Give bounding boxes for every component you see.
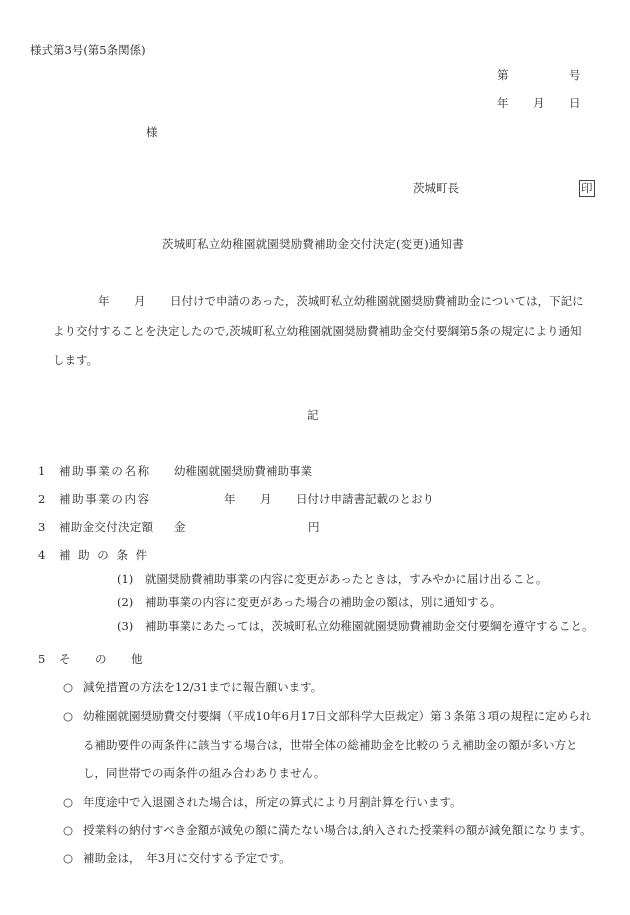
form-number: 様式第3号(第5条関係) <box>30 45 146 57</box>
body-year: 年 <box>98 296 110 308</box>
item-number: 3 <box>38 522 45 534</box>
circle-bullet-icon: ○ <box>63 825 73 837</box>
note-text: 補助金は， 年3月に交付する予定です。 <box>83 853 291 865</box>
item-number: 5 <box>38 654 45 666</box>
date-year: 年 <box>497 98 509 110</box>
seal-stamp: 印 <box>579 180 595 197</box>
item-number: 1 <box>38 466 45 478</box>
circle-bullet-icon: ○ <box>63 711 73 723</box>
item-number: 4 <box>38 550 45 562</box>
note-2-continuation-1: る補助要件の両条件に該当する場合は，世帯全体の総補助金を比較のうえ補助金の額が多… <box>83 740 578 752</box>
condition-text: 就園奨励費補助事業の内容に変更があったときは，すみやかに届け出ること。 <box>145 574 547 586</box>
item-label: 補助金交付決定額 <box>59 522 153 534</box>
item-label: 補助事業の名称 <box>59 466 151 478</box>
condition-number: (3) <box>117 621 133 633</box>
date-month: 月 <box>533 98 545 110</box>
ki-heading: 記 <box>307 410 319 422</box>
doc-number-suffix: 号 <box>569 70 581 82</box>
doc-number-prefix: 第 <box>497 70 509 82</box>
item-unit: 円 <box>308 522 320 534</box>
item-year: 年 <box>224 494 236 506</box>
document-title: 茨城町私立幼稚園就園奨励費補助金交付決定(変更)通知書 <box>162 239 464 251</box>
item-label-part: の <box>95 654 107 666</box>
condition-text: 補助事業にあたっては，茨城町私立幼稚園就園奨励費補助金交付要綱を遵守すること。 <box>145 621 594 633</box>
circle-bullet-icon: ○ <box>63 853 73 865</box>
note-text: 年度途中で入退園された場合は，所定の算式により月割計算を行います。 <box>83 797 462 809</box>
note-text: 減免措置の方法を12/31までに報告願います。 <box>83 682 322 694</box>
condition-text: 補助事業の内容に変更があった場合の補助金の額は，別に通知する。 <box>145 597 501 609</box>
item-label-part: そ <box>59 654 71 666</box>
item-label-part: 他 <box>131 654 143 666</box>
item-value: 日付け申請書記載のとおり <box>296 494 434 506</box>
circle-bullet-icon: ○ <box>63 682 73 694</box>
note-text: 幼稚園就園奨励費交付要綱（平成10年6月17日文部科学大臣裁定）第３条第３項の規… <box>83 711 591 723</box>
body-month: 月 <box>134 296 146 308</box>
addressee: 様 <box>146 127 158 139</box>
item-label: 補 助 の 条 件 <box>59 550 149 562</box>
note-2-continuation-2: し，同世帯での両条件の組み合わありません。 <box>83 768 325 780</box>
body-line-2: より交付することを決定したので,茨城町私立幼稚園就園奨励費補助金交付要綱第5条の… <box>53 326 581 338</box>
item-value: 幼稚園就園奨励費補助事業 <box>174 466 312 478</box>
condition-number: (1) <box>117 574 133 586</box>
condition-number: (2) <box>117 597 133 609</box>
body-text: 日付けで申請のあった，茨城町私立幼稚園就園奨励費補助金については，下記に <box>170 296 584 308</box>
note-text: 授業料の納付すべき金額が減免の額に満たない場合は,納入された授業料の額が減免額に… <box>83 825 592 837</box>
item-number: 2 <box>38 494 45 506</box>
item-month: 月 <box>260 494 272 506</box>
item-label: 補助事業の内容 <box>59 494 151 506</box>
sender: 茨城町長 <box>413 183 459 195</box>
date-day: 日 <box>569 98 581 110</box>
body-line-3: します。 <box>53 355 98 367</box>
item-value: 金 <box>174 522 186 534</box>
circle-bullet-icon: ○ <box>63 797 73 809</box>
